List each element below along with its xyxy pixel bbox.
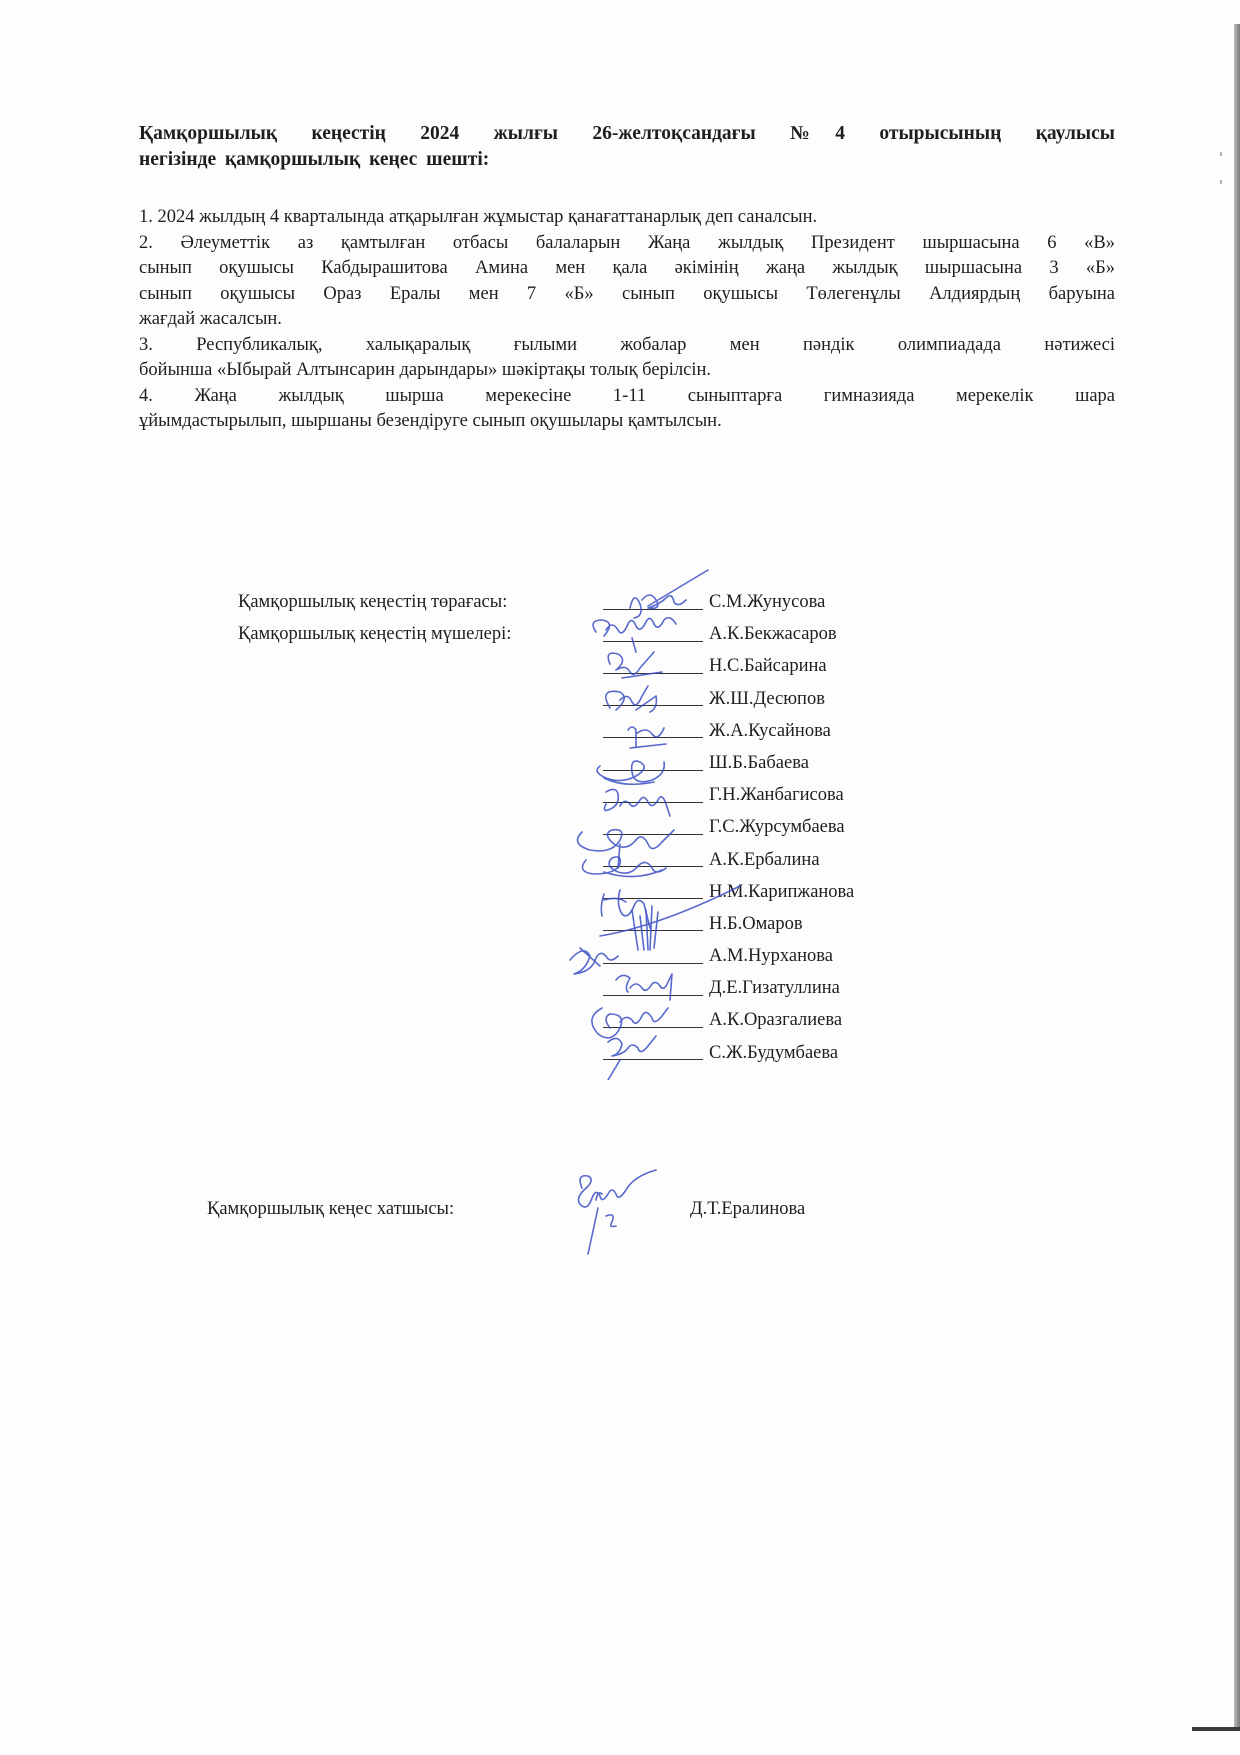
decision-line: жағдай жасалсын. — [139, 307, 1115, 333]
heading-line-1: Қамқоршылық кеңестің 2024 жылғы 26-желто… — [139, 121, 1115, 147]
decision-line: сынып оқушысы Ораз Ералы мен 7 «Б» сынып… — [139, 282, 1115, 308]
decision-line: бойынша «Ыбырай Алтынсарин дарындары» шә… — [139, 358, 1115, 384]
signature-line — [603, 673, 703, 674]
signature-line — [603, 737, 703, 738]
signatory-name: А.К.Оразгалиева — [709, 1006, 842, 1034]
heading-line-2: негізінде қамқоршылық кеңес шешті: — [139, 147, 1115, 173]
scan-edge-right — [1234, 24, 1240, 1729]
decision-item-1: 1. 2024 жылдың 4 кварталында атқарылған … — [139, 205, 1115, 231]
signature-row: С.М.Жунусова — [603, 586, 703, 618]
signature-line — [603, 609, 703, 610]
decision-line: 4. Жаңа жылдық шырша мерекесіне 1-11 сын… — [139, 384, 1115, 410]
signatory-name: Д.Е.Гизатуллина — [709, 974, 840, 1002]
secretary-label: Қамқоршылық кеңес хатшысы: — [207, 1196, 454, 1222]
signature-line — [603, 770, 703, 771]
signature-line — [603, 898, 703, 899]
decision-line: сынып оқушысы Кабдырашитова Амина мен қа… — [139, 256, 1115, 282]
signature-row: Н.Б.Омаров — [603, 908, 703, 940]
signatory-name: Ж.А.Кусайнова — [709, 717, 831, 745]
signatory-name: А.К.Ербалина — [709, 846, 820, 874]
decision-line: ұйымдастырылып, шыршаны безендіруге сыны… — [139, 409, 1115, 435]
signatory-name: А.К.Бекжасаров — [709, 620, 837, 648]
decisions-list: 1. 2024 жылдың 4 кварталында атқарылған … — [139, 205, 1115, 435]
signature-row: Г.Н.Жанбагисова — [603, 779, 703, 811]
secretary-name: Д.Т.Ералинова — [690, 1196, 805, 1222]
signature-row: Н.М.Карипжанова — [603, 876, 703, 908]
signatory-name: Ш.Б.Бабаева — [709, 749, 809, 777]
resolution-heading: Қамқоршылық кеңестің 2024 жылғы 26-желто… — [139, 121, 1115, 173]
signature-row: Ж.Ш.Десюпов — [603, 683, 703, 715]
signature-row: С.Ж.Будумбаева — [603, 1037, 703, 1069]
signature-line — [603, 930, 703, 931]
signature-line — [603, 834, 703, 835]
signature-line — [603, 1027, 703, 1028]
scanned-page: Қамқоршылық кеңестің 2024 жылғы 26-желто… — [0, 0, 1240, 1755]
decision-item-4: 4. Жаңа жылдық шырша мерекесіне 1-11 сын… — [139, 384, 1115, 435]
signature-line — [603, 802, 703, 803]
signature-row: Ж.А.Кусайнова — [603, 715, 703, 747]
decision-item-2: 2. Әлеуметтік аз қамтылған отбасы балала… — [139, 231, 1115, 333]
signatory-name: Г.С.Журсумбаева — [709, 813, 845, 841]
signatory-name: Н.С.Байсарина — [709, 652, 827, 680]
signature-list: С.М.Жунусова А.К.Бекжасаров Н.С.Байсарин… — [603, 586, 703, 1069]
signatory-name: Н.Б.Омаров — [709, 910, 803, 938]
signatory-name: А.М.Нурханова — [709, 942, 833, 970]
decision-line: 2. Әлеуметтік аз қамтылған отбасы балала… — [139, 231, 1115, 257]
signature-line — [603, 995, 703, 996]
decision-line: 1. 2024 жылдың 4 кварталында атқарылған … — [139, 205, 1115, 231]
decision-item-3: 3. Республикалық, халықаралық ғылыми жоб… — [139, 333, 1115, 384]
signature-line — [603, 963, 703, 964]
scan-speck — [1220, 152, 1222, 156]
signatory-name: Г.Н.Жанбагисова — [709, 781, 844, 809]
signature-row: А.К.Бекжасаров — [603, 618, 703, 650]
decision-line: 3. Республикалық, халықаралық ғылыми жоб… — [139, 333, 1115, 359]
signature-line — [603, 866, 703, 867]
signature-row: А.К.Оразгалиева — [603, 1004, 703, 1036]
signature-row: Г.С.Журсумбаева — [603, 811, 703, 843]
signature-row: Ш.Б.Бабаева — [603, 747, 703, 779]
signatory-name: С.М.Жунусова — [709, 588, 825, 616]
scan-edge-bottom — [1192, 1727, 1240, 1731]
signature-line — [603, 705, 703, 706]
signatory-name: Н.М.Карипжанова — [709, 878, 854, 906]
signature-row: Д.Е.Гизатуллина — [603, 972, 703, 1004]
signatory-name: Ж.Ш.Десюпов — [709, 685, 825, 713]
signature-line — [603, 1059, 703, 1060]
members-label: Қамқоршылық кеңестің мүшелері: — [238, 618, 511, 650]
signature-row: А.К.Ербалина — [603, 844, 703, 876]
signature-row: А.М.Нурханова — [603, 940, 703, 972]
secretary-signature-icon — [560, 1160, 680, 1260]
scan-speck — [1220, 180, 1222, 184]
signature-line — [603, 641, 703, 642]
chair-label: Қамқоршылық кеңестің төрағасы: — [238, 586, 511, 618]
signatory-name: С.Ж.Будумбаева — [709, 1039, 838, 1067]
signature-labels: Қамқоршылық кеңестің төрағасы: Қамқоршыл… — [238, 586, 511, 650]
signature-row: Н.С.Байсарина — [603, 650, 703, 682]
